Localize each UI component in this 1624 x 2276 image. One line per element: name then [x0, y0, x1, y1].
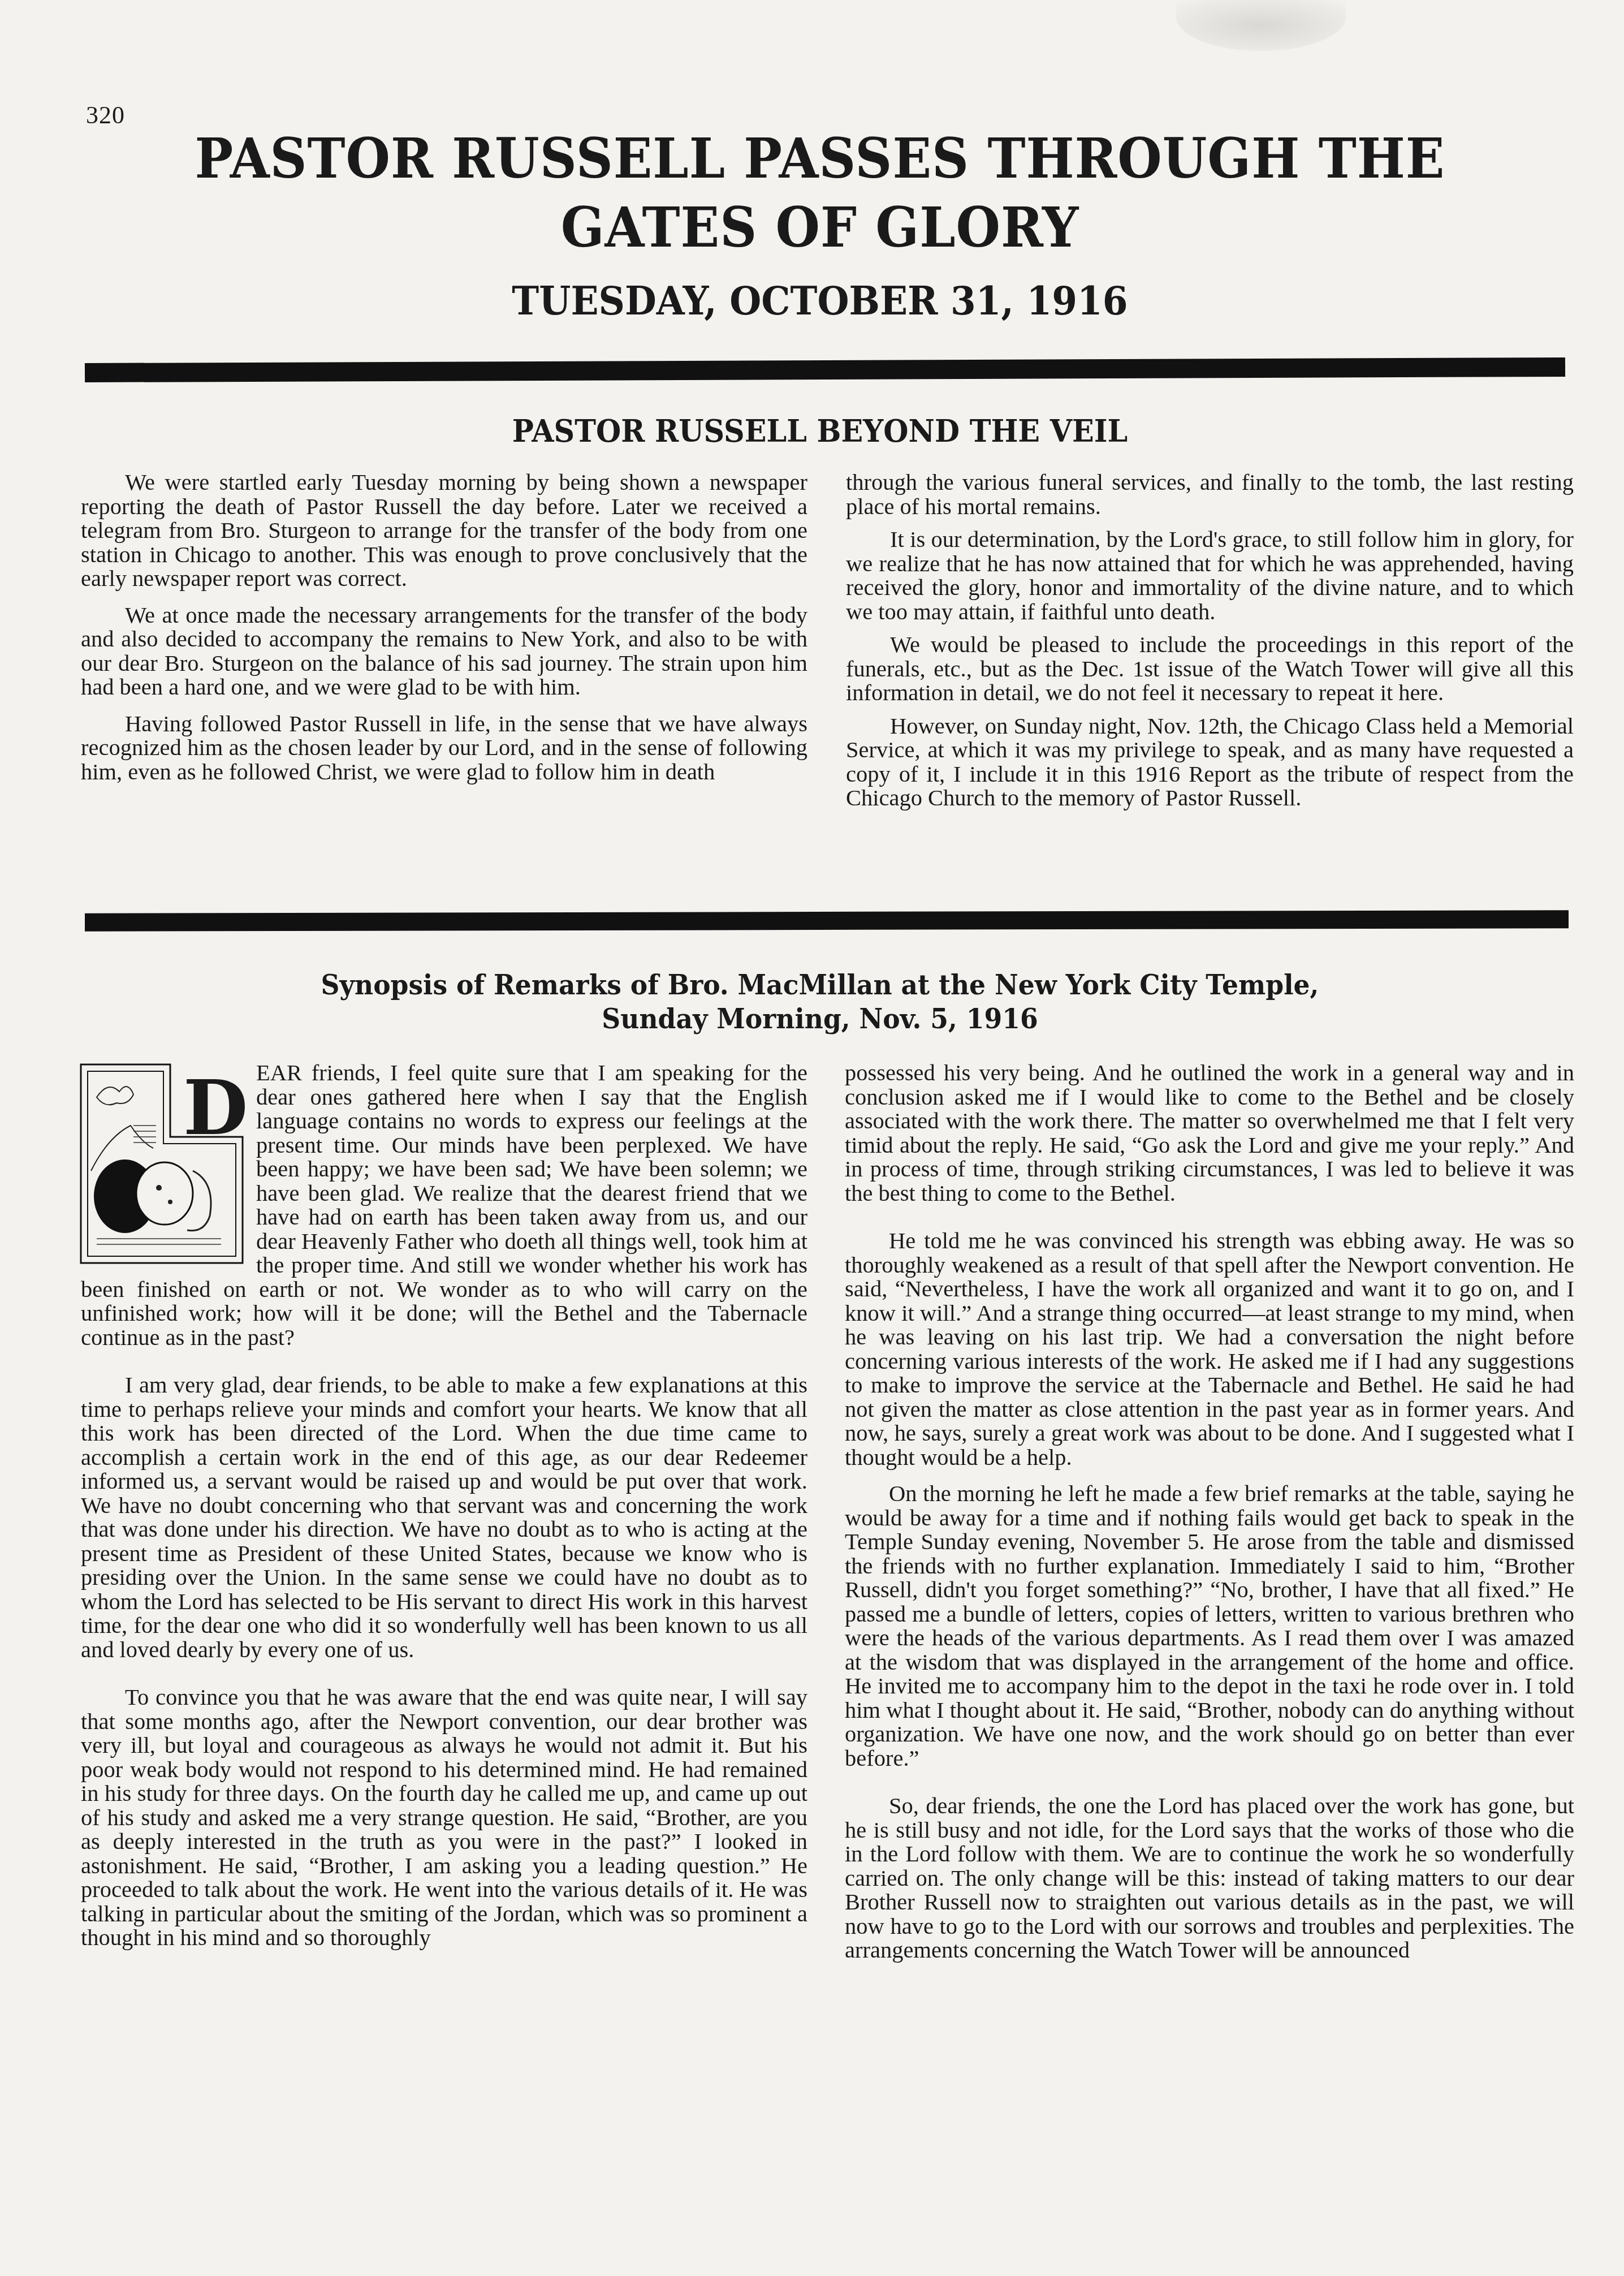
paragraph: It is our determination, by the Lord's g…	[846, 528, 1574, 624]
paper-stain	[1176, 0, 1346, 51]
paragraph: He told me he was convinced his strength…	[845, 1229, 1574, 1469]
horizontal-rule-top	[85, 357, 1565, 382]
horizontal-rule-middle	[85, 910, 1569, 931]
paragraph: possessed his very being. And he outline…	[845, 1061, 1574, 1205]
paragraph: On the morning he left he made a few bri…	[845, 1482, 1574, 1770]
paragraph: We were startled early Tuesday morning b…	[81, 471, 807, 591]
paragraph: I am very glad, dear friends, to be able…	[81, 1373, 807, 1662]
paragraph: To convince you that he was aware that t…	[81, 1686, 807, 1950]
document-page: 320 PASTOR RUSSELL PASSES THROUGH THE GA…	[0, 0, 1624, 2276]
section1-right-column: through the various funeral services, an…	[846, 471, 1574, 811]
synopsis-title-line-2: Sunday Morning, Nov. 5, 1916	[149, 1002, 1492, 1036]
drop-cap-letter: D	[183, 1071, 248, 1146]
main-title-line-1: PASTOR RUSSELL PASSES THROUGH THE	[170, 126, 1470, 192]
paragraph: However, on Sunday night, Nov. 12th, the…	[846, 714, 1574, 811]
illustrated-drop-cap: D	[80, 1063, 244, 1264]
page-number: 320	[86, 101, 125, 130]
paragraph: Having followed Pastor Russell in life, …	[81, 712, 807, 784]
main-title-line-2: GATES OF GLORY	[170, 195, 1470, 261]
paragraph: We would be pleased to include the proce…	[846, 633, 1574, 705]
synopsis-title-line-1: Synopsis of Remarks of Bro. MacMillan at…	[149, 968, 1492, 1002]
date-line: TUESDAY, OCTOBER 31, 1916	[170, 277, 1470, 325]
paragraph: through the various funeral services, an…	[846, 471, 1574, 519]
section2-right-column: possessed his very being. And he outline…	[845, 1061, 1574, 1963]
section-heading-beyond-the-veil: PASTOR RUSSELL BEYOND THE VEIL	[156, 413, 1484, 449]
paragraph: We at once made the necessary arrangemen…	[81, 604, 807, 700]
section2-left-column: D EAR friends, I feel quite sure that I …	[81, 1061, 807, 1950]
paragraph: So, dear friends, the one the Lord has p…	[845, 1794, 1574, 1963]
section1-left-column: We were startled early Tuesday morning b…	[81, 471, 807, 784]
